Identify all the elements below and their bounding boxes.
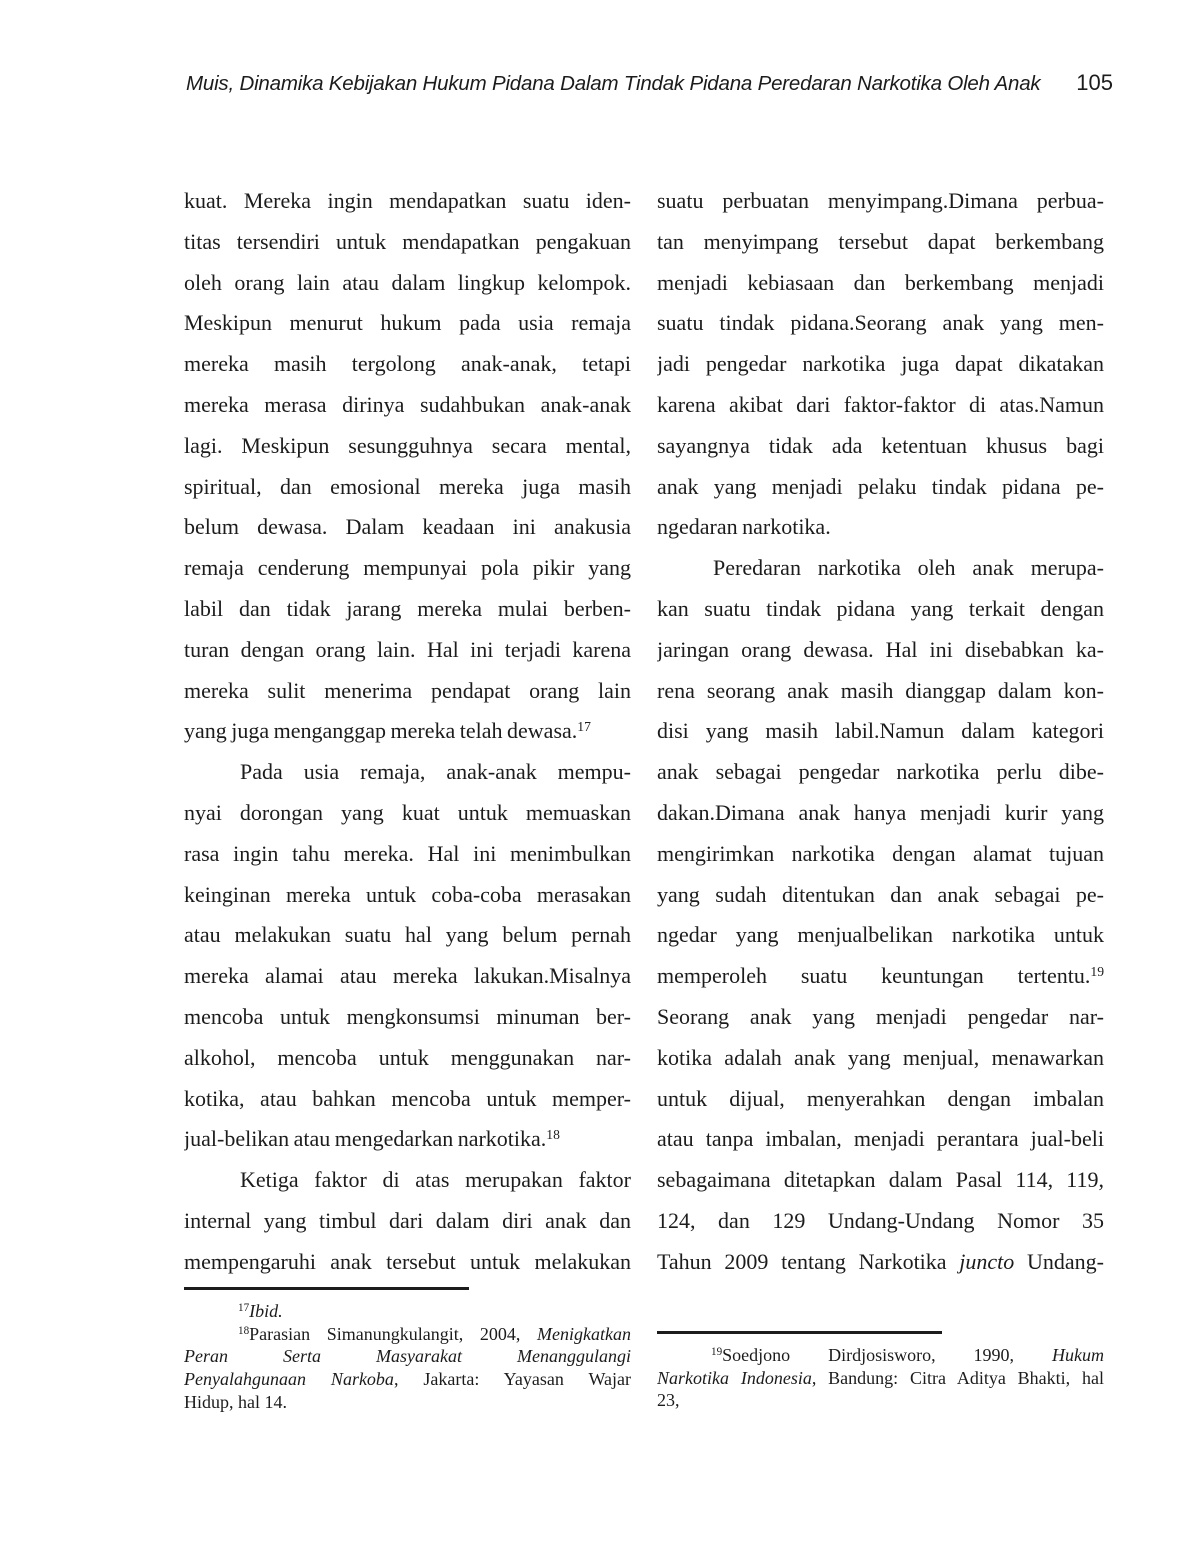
text-run: suatu tindak pidana.Seorang anak yang me…: [657, 310, 1104, 335]
text-line: 18Parasian Simanungkulangit, 2004, Menig…: [184, 1323, 631, 1346]
body-column-left: kuat. Mereka ingin mendapatkan suatu ide…: [184, 181, 631, 1283]
text-run: yang juga menganggap mereka telah dewasa…: [184, 718, 577, 743]
text-run: mereka masih tergolong anak-anak, tetapi: [184, 351, 631, 376]
text-run: titas tersendiri untuk mendapatkan penga…: [184, 229, 631, 254]
text-line: 23,: [657, 1389, 1104, 1412]
text-run: , Bandung: Citra Aditya Bhakti, hal: [812, 1368, 1104, 1388]
text-line: kuat. Mereka ingin mendapatkan suatu ide…: [184, 181, 631, 222]
italic-text: Narkotika Indonesia: [657, 1368, 812, 1388]
text-run: kan suatu tindak pidana yang terkait den…: [657, 596, 1104, 621]
italic-text: juncto: [959, 1249, 1014, 1274]
text-line: Hidup, hal 14.: [184, 1391, 631, 1414]
footnote-ref: 17: [577, 719, 591, 734]
text-line: atau tanpa imbalan, menjadi perantara ju…: [657, 1119, 1104, 1160]
text-line: rena seorang anak masih dianggap dalam k…: [657, 671, 1104, 712]
text-run: Seorang anak yang menjadi pengedar nar-: [657, 1004, 1104, 1029]
text-run: anak sebagai pengedar narkotika perlu di…: [657, 759, 1104, 784]
text-run: Soedjono Dirdjosisworo, 1990,: [722, 1345, 1052, 1365]
text-line: kan suatu tindak pidana yang terkait den…: [657, 589, 1104, 630]
text-line: mereka alamai atau mereka lakukan.Misaln…: [184, 956, 631, 997]
running-head-title: Muis, Dinamika Kebijakan Hukum Pidana Da…: [186, 72, 1040, 96]
text-line: nyai dorongan yang kuat untuk memuaskan: [184, 793, 631, 834]
body-column-right: suatu perbuatan menyimpang.Dimana perbua…: [657, 181, 1104, 1283]
text-run: suatu perbuatan menyimpang.Dimana perbua…: [657, 188, 1104, 213]
footnote-ref: 19: [1090, 964, 1104, 979]
text-run: mempengaruhi anak tersebut untuk melakuk…: [184, 1249, 631, 1274]
text-run: kotika adalah anak yang menjual, menawar…: [657, 1045, 1104, 1070]
text-line: kotika, atau bahkan mencoba untuk memper…: [184, 1079, 631, 1120]
footnote-ref: 19: [711, 1346, 722, 1358]
text-line: internal yang timbul dari dalam diri ana…: [184, 1201, 631, 1242]
text-line: alkohol, mencoba untuk menggunakan nar-: [184, 1038, 631, 1079]
footnote-ref: 18: [546, 1127, 560, 1142]
text-run: 124, dan 129 Undang-Undang Nomor 35: [657, 1208, 1104, 1233]
text-run: remaja cenderung mempunyai pola pikir ya…: [184, 555, 631, 580]
text-run: alkohol, mencoba untuk menggunakan nar-: [184, 1045, 631, 1070]
text-run: atau tanpa imbalan, menjadi perantara ju…: [657, 1126, 1104, 1151]
text-line: yang sudah ditentukan dan anak sebagai p…: [657, 875, 1104, 916]
text-run: mencoba untuk mengkonsumsi minuman ber-: [184, 1004, 631, 1029]
text-run: lagi. Meskipun sesungguhnya secara menta…: [184, 433, 631, 458]
text-run: labil dan tidak jarang mereka mulai berb…: [184, 596, 631, 621]
text-run: Ketiga faktor di atas merupakan faktor: [240, 1167, 631, 1192]
text-line: jadi pengedar narkotika juga dapat dikat…: [657, 344, 1104, 385]
text-run: Hidup, hal 14.: [184, 1392, 287, 1412]
text-run: Meskipun menurut hukum pada usia remaja: [184, 310, 631, 335]
text-line: Peran Serta Masyarakat Menanggulangi: [184, 1345, 631, 1368]
text-line: mereka sulit menerima pendapat orang lai…: [184, 671, 631, 712]
text-run: turan dengan orang lain. Hal ini terjadi…: [184, 637, 631, 662]
text-line: anak sebagai pengedar narkotika perlu di…: [657, 752, 1104, 793]
text-line: Peredaran narkotika oleh anak merupa-: [657, 548, 1104, 589]
text-line: Pada usia remaja, anak-anak mempu-: [184, 752, 631, 793]
text-run: Undang-: [1014, 1249, 1104, 1274]
text-run: rasa ingin tahu mereka. Hal ini menimbul…: [184, 841, 631, 866]
text-line: karena akibat dari faktor-faktor di atas…: [657, 385, 1104, 426]
text-line: kotika adalah anak yang menjual, menawar…: [657, 1038, 1104, 1079]
text-line: jual-belikan atau mengedarkan narkotika.…: [184, 1119, 631, 1160]
text-line: jaringan orang dewasa. Hal ini disebabka…: [657, 630, 1104, 671]
page-number: 105: [1076, 70, 1113, 96]
text-line: Narkotika Indonesia, Bandung: Citra Adit…: [657, 1367, 1104, 1390]
text-line: Seorang anak yang menjadi pengedar nar-: [657, 997, 1104, 1038]
text-line: untuk dijual, menyerahkan dengan imbalan: [657, 1079, 1104, 1120]
text-line: tan menyimpang tersebut dapat berkembang: [657, 222, 1104, 263]
text-run: sayangnya tidak ada ketentuan khusus bag…: [657, 433, 1104, 458]
text-run: anak yang menjadi pelaku tindak pidana p…: [657, 474, 1104, 499]
text-line: mengirimkan narkotika dengan alamat tuju…: [657, 834, 1104, 875]
text-run: , Jakarta: Yayasan Wajar: [394, 1369, 631, 1389]
text-line: turan dengan orang lain. Hal ini terjadi…: [184, 630, 631, 671]
footnote-separator: [657, 1331, 942, 1334]
text-run: kotika, atau bahkan mencoba untuk memper…: [184, 1086, 631, 1111]
text-line: suatu perbuatan menyimpang.Dimana perbua…: [657, 181, 1104, 222]
text-line: yang juga menganggap mereka telah dewasa…: [184, 711, 631, 752]
text-run: jual-belikan atau mengedarkan narkotika.: [184, 1126, 546, 1151]
text-line: ngedar yang menjualbelikan narkotika unt…: [657, 915, 1104, 956]
text-run: yang sudah ditentukan dan anak sebagai p…: [657, 882, 1104, 907]
text-line: mempengaruhi anak tersebut untuk melakuk…: [184, 1242, 631, 1283]
text-run: rena seorang anak masih dianggap dalam k…: [657, 678, 1104, 703]
text-run: oleh orang lain atau dalam lingkup kelom…: [184, 270, 631, 295]
text-run: ngedar yang menjualbelikan narkotika unt…: [657, 922, 1104, 947]
text-line: belum dewasa. Dalam keadaan ini anakusia: [184, 507, 631, 548]
text-run: 23,: [657, 1390, 680, 1410]
text-run: karena akibat dari faktor-faktor di atas…: [657, 392, 1104, 417]
text-line: menjadi kebiasaan dan berkembang menjadi: [657, 263, 1104, 304]
text-run: memperoleh suatu keuntungan tertentu.: [657, 963, 1090, 988]
text-line: dakan.Dimana anak hanya menjadi kurir ya…: [657, 793, 1104, 834]
text-run: atau melakukan suatu hal yang belum pern…: [184, 922, 631, 947]
text-line: 124, dan 129 Undang-Undang Nomor 35: [657, 1201, 1104, 1242]
text-run: nyai dorongan yang kuat untuk memuaskan: [184, 800, 631, 825]
text-line: Ketiga faktor di atas merupakan faktor: [184, 1160, 631, 1201]
footnote-ref: 18: [238, 1325, 249, 1337]
text-line: anak yang menjadi pelaku tindak pidana p…: [657, 467, 1104, 508]
text-line: disi yang masih labil.Namun dalam katego…: [657, 711, 1104, 752]
footnote-block-left: 17Ibid.18Parasian Simanungkulangit, 2004…: [184, 1287, 631, 1413]
text-run: Parasian Simanungkulangit, 2004,: [249, 1324, 537, 1344]
text-run: sebagaimana ditetapkan dalam Pasal 114, …: [657, 1167, 1104, 1192]
text-line: rasa ingin tahu mereka. Hal ini menimbul…: [184, 834, 631, 875]
document-page: Muis, Dinamika Kebijakan Hukum Pidana Da…: [0, 0, 1200, 1553]
text-line: 19Soedjono Dirdjosisworo, 1990, Hukum: [657, 1344, 1104, 1367]
text-line: Penyalahgunaan Narkoba, Jakarta: Yayasan…: [184, 1368, 631, 1391]
text-line: mereka masih tergolong anak-anak, tetapi: [184, 344, 631, 385]
italic-text: Ibid.: [249, 1301, 283, 1321]
text-line: ngedaran narkotika.: [657, 507, 1104, 548]
text-run: menjadi kebiasaan dan berkembang menjadi: [657, 270, 1104, 295]
footnote-separator: [184, 1287, 469, 1290]
text-line: remaja cenderung mempunyai pola pikir ya…: [184, 548, 631, 589]
text-run: spiritual, dan emosional mereka juga mas…: [184, 474, 631, 499]
text-run: internal yang timbul dari dalam diri ana…: [184, 1208, 631, 1233]
text-run: mereka alamai atau mereka lakukan.Misaln…: [184, 963, 631, 988]
text-run: jaringan orang dewasa. Hal ini disebabka…: [657, 637, 1104, 662]
text-line: Tahun 2009 tentang Narkotika juncto Unda…: [657, 1242, 1104, 1283]
text-line: sayangnya tidak ada ketentuan khusus bag…: [657, 426, 1104, 467]
text-run: Peredaran narkotika oleh anak merupa-: [713, 555, 1104, 580]
text-line: 17Ibid.: [184, 1300, 631, 1323]
italic-text: Menigkatkan: [537, 1324, 631, 1344]
text-run: kuat. Mereka ingin mendapatkan suatu ide…: [184, 188, 631, 213]
page-header: Muis, Dinamika Kebijakan Hukum Pidana Da…: [186, 70, 1113, 96]
text-line: Meskipun menurut hukum pada usia remaja: [184, 303, 631, 344]
text-run: mereka sulit menerima pendapat orang lai…: [184, 678, 631, 703]
text-run: belum dewasa. Dalam keadaan ini anakusia: [184, 514, 631, 539]
text-line: atau melakukan suatu hal yang belum pern…: [184, 915, 631, 956]
footnote-lines-right: 19Soedjono Dirdjosisworo, 1990, HukumNar…: [657, 1344, 1104, 1412]
text-line: labil dan tidak jarang mereka mulai berb…: [184, 589, 631, 630]
text-line: keinginan mereka untuk coba-coba merasak…: [184, 875, 631, 916]
text-run: disi yang masih labil.Namun dalam katego…: [657, 718, 1104, 743]
text-run: Tahun 2009 tentang Narkotika: [657, 1249, 959, 1274]
text-line: spiritual, dan emosional mereka juga mas…: [184, 467, 631, 508]
footnote-lines-left: 17Ibid.18Parasian Simanungkulangit, 2004…: [184, 1300, 631, 1413]
text-line: mereka merasa dirinya sudahbukan anak-an…: [184, 385, 631, 426]
text-line: titas tersendiri untuk mendapatkan penga…: [184, 222, 631, 263]
text-run: tan menyimpang tersebut dapat berkembang: [657, 229, 1104, 254]
text-line: oleh orang lain atau dalam lingkup kelom…: [184, 263, 631, 304]
footnote-ref: 17: [238, 1302, 249, 1314]
italic-text: Hukum: [1052, 1345, 1104, 1365]
text-run: untuk dijual, menyerahkan dengan imbalan: [657, 1086, 1104, 1111]
text-run: dakan.Dimana anak hanya menjadi kurir ya…: [657, 800, 1104, 825]
footnote-block-right: 19Soedjono Dirdjosisworo, 1990, HukumNar…: [657, 1331, 1104, 1412]
italic-text: Peran Serta Masyarakat Menanggulangi: [184, 1346, 631, 1366]
text-run: mengirimkan narkotika dengan alamat tuju…: [657, 841, 1104, 866]
text-run: Pada usia remaja, anak-anak mempu-: [240, 759, 631, 784]
text-line: suatu tindak pidana.Seorang anak yang me…: [657, 303, 1104, 344]
text-run: keinginan mereka untuk coba-coba merasak…: [184, 882, 631, 907]
text-run: mereka merasa dirinya sudahbukan anak-an…: [184, 392, 631, 417]
text-line: mencoba untuk mengkonsumsi minuman ber-: [184, 997, 631, 1038]
italic-text: Penyalahgunaan Narkoba: [184, 1369, 394, 1389]
text-run: ngedaran narkotika.: [657, 514, 831, 539]
text-line: lagi. Meskipun sesungguhnya secara menta…: [184, 426, 631, 467]
text-line: memperoleh suatu keuntungan tertentu.19: [657, 956, 1104, 997]
text-run: jadi pengedar narkotika juga dapat dikat…: [657, 351, 1104, 376]
text-line: sebagaimana ditetapkan dalam Pasal 114, …: [657, 1160, 1104, 1201]
